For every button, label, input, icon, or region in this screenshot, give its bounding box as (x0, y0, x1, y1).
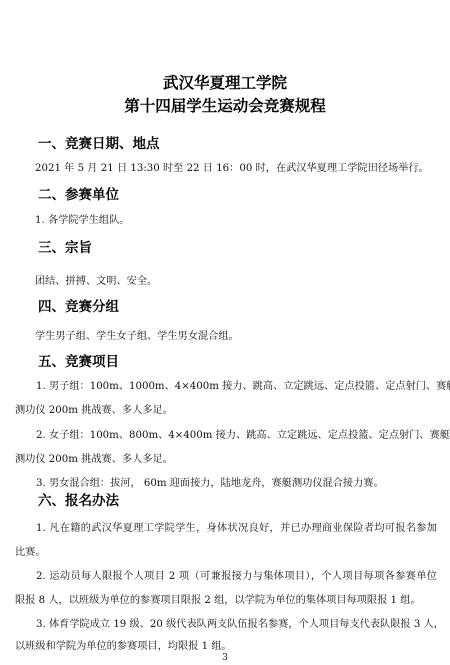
events-item-women-line2: 测功仪 200m 挑战赛、多人多足。 (15, 453, 173, 466)
document-title-school: 武汉华夏理工学院 (0, 74, 450, 92)
section-heading-registration: 六、报名办法 (38, 493, 119, 509)
page-number: 3 (0, 652, 450, 664)
section-text-participants: 1. 各学院学生组队。 (35, 214, 129, 227)
events-item-men-line1: 1. 男子组：100m、1000m、4×400m 接力、跳高、立定跳远、定点投篮… (36, 380, 437, 393)
events-item-mixed: 3. 男女混合组：拔河， 60m 迎面接力，陆地龙舟，赛艇测功仪混合接力赛。 (36, 477, 384, 490)
registration-item-2-line2: 限报 8 人，以班级为单位的参赛项目限报 2 组，以学院为单位的集体项目每项限报… (15, 594, 421, 607)
section-text-date-location: 2021 年 5 月 21 日 13:30 时至 22 日 16：00 时，在武… (35, 162, 429, 175)
section-heading-date-location: 一、竞赛日期、地点 (38, 136, 160, 152)
registration-item-1-line1: 1. 凡在籍的武汉华夏理工学院学生，身体状况良好，并已办理商业保险者均可报名参加 (36, 522, 437, 535)
events-item-men-line2: 测功仪 200m 挑战赛、多人多足。 (15, 404, 173, 417)
events-item-women-line1: 2. 女子组：100m、800m、4×400m 接力、跳高、立定跳远、定点投篮、… (36, 429, 437, 442)
registration-item-3-line1: 3. 体育学院成立 19 级、20 级代表队两支队伍报名参赛，个人项目每支代表队… (36, 618, 437, 631)
registration-item-1-line2: 比赛。 (15, 546, 46, 559)
section-heading-participants: 二、参赛单位 (38, 187, 119, 203)
section-heading-events: 五、竞赛项目 (38, 354, 119, 370)
document-page: 武汉华夏理工学院 第十四届学生运动会竞赛规程 一、竞赛日期、地点 2021 年 … (0, 0, 450, 665)
registration-item-2-line1: 2. 运动员每人限报个人项目 2 项（可兼报接力与集体项目），个人项目每项各参赛… (36, 570, 437, 583)
section-text-groups: 学生男子组、学生女子组、学生男女混合组。 (35, 330, 239, 343)
document-title-event: 第十四届学生运动会竞赛规程 (0, 97, 450, 115)
section-heading-purpose: 三、宗旨 (38, 240, 92, 256)
section-heading-groups: 四、竞赛分组 (38, 299, 119, 315)
section-text-purpose: 团结、拼搏、文明、安全。 (35, 275, 157, 288)
